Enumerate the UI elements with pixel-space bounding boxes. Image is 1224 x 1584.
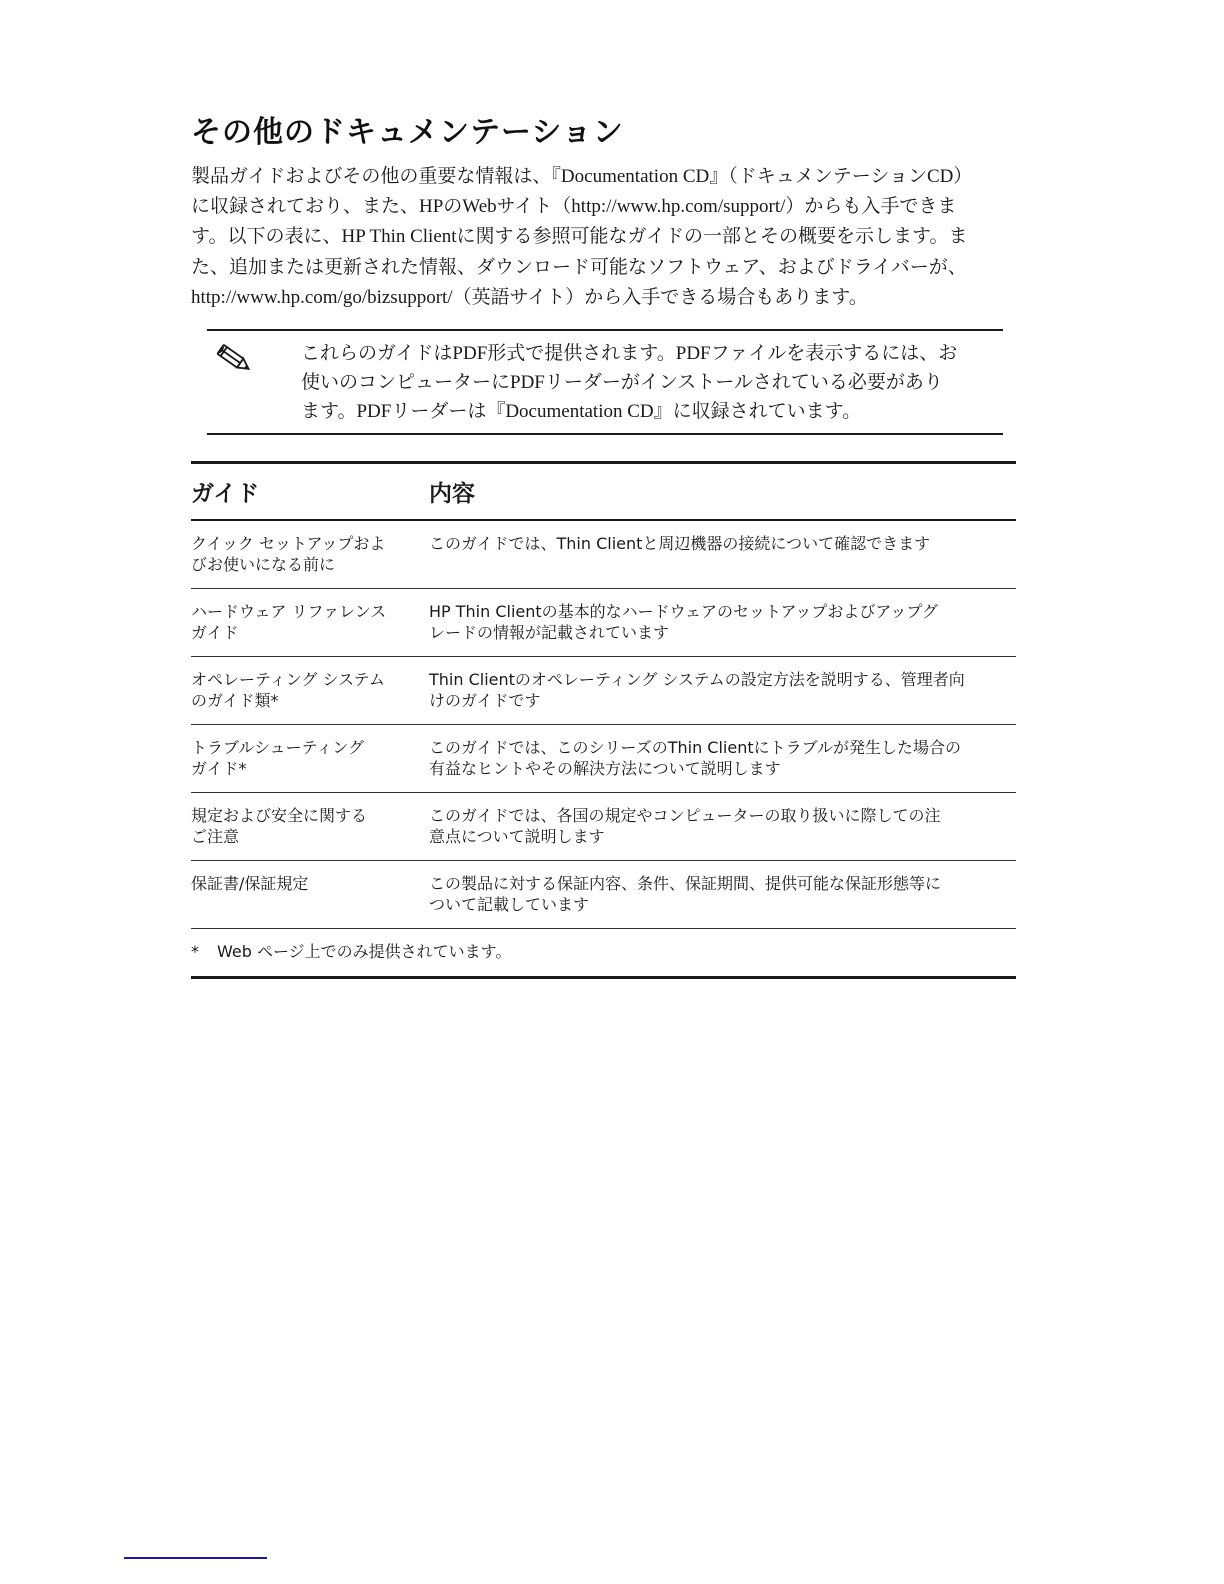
guide-name-cell: 規定および安全に関する ご注意 [191,793,429,861]
guide-name-cell: クイック セットアップおよ びお使いになる前に [191,520,429,589]
guide-name-line: クイック セットアップおよ [191,533,425,554]
guide-content-line: ついて記載しています [429,894,1016,915]
guide-content-line: 意点について説明します [429,826,1016,847]
intro-line: に収録されており、また、HPのWebサイト（http://www.hp.com/… [191,192,1021,222]
guide-content-line: このガイドでは、各国の規定やコンピューターの取り扱いに際しての注 [429,805,1016,826]
guide-content-cell: このガイドでは、このシリーズのThin Clientにトラブルが発生した場合の … [429,725,1016,793]
guide-content-cell: このガイドでは、各国の規定やコンピューターの取り扱いに際しての注 意点について説… [429,793,1016,861]
intro-line: た、追加または更新された情報、ダウンロード可能なソフトウェア、およびドライバーが… [191,253,1021,283]
table-footnote: *Web ページ上でのみ提供されています。 [191,929,1016,978]
document-page: その他のドキュメンテーション 製品ガイドおよびその他の重要な情報は、『Docum… [191,110,1016,979]
note-box: これらのガイドはPDF形式で提供されます。PDFファイルを表示するには、お 使い… [207,329,1003,435]
guide-name-cell: トラブルシューティング ガイド* [191,725,429,793]
guide-content-line: HP Thin Clientの基本的なハードウェアのセットアップおよびアップグ [429,601,1016,622]
guide-name-line: ご注意 [191,826,425,847]
guide-name-line: トラブルシューティング [191,737,425,758]
note-line: これらのガイドはPDF形式で提供されます。PDFファイルを表示するには、お [301,339,957,368]
guide-name-line: オペレーティング システム [191,669,425,690]
note-line: 使いのコンピューターにPDFリーダーがインストールされている必要があり [301,368,957,397]
table-footnote-row: *Web ページ上でのみ提供されています。 [191,929,1016,978]
table-row: 規定および安全に関する ご注意 このガイドでは、各国の規定やコンピューターの取り… [191,793,1016,861]
intro-line: す。以下の表に、HP Thin Clientに関する参照可能なガイドの一部とその… [191,222,1021,252]
table-header-row: ガイド 内容 [191,463,1016,521]
guide-table: ガイド 内容 クイック セットアップおよ びお使いになる前に このガイドでは、T… [191,461,1016,979]
page-title: その他のドキュメンテーション [191,110,1016,156]
guide-content-line: Thin Clientのオペレーティング システムの設定方法を説明する、管理者向 [429,669,1016,690]
guide-content-cell: このガイドでは、Thin Clientと周辺機器の接続について確認できます [429,520,1016,589]
footer-rule [124,1557,267,1559]
guide-name-line: びお使いになる前に [191,554,425,575]
guide-name-cell: ハードウェア リファレンス ガイド [191,589,429,657]
guide-name-cell: オペレーティング システム のガイド類* [191,657,429,725]
table-row: クイック セットアップおよ びお使いになる前に このガイドでは、Thin Cli… [191,520,1016,589]
guide-name-line: のガイド類* [191,690,425,711]
guide-content-cell: HP Thin Clientの基本的なハードウェアのセットアップおよびアップグ … [429,589,1016,657]
guide-name-line: ガイド [191,622,425,643]
guide-name-cell: 保証書/保証規定 [191,861,429,929]
guide-content-cell: この製品に対する保証内容、条件、保証期間、提供可能な保証形態等に ついて記載して… [429,861,1016,929]
guide-content-line: この製品に対する保証内容、条件、保証期間、提供可能な保証形態等に [429,873,1016,894]
intro-paragraph: 製品ガイドおよびその他の重要な情報は、『Documentation CD』（ドキ… [191,162,1021,313]
table-row: 保証書/保証規定 この製品に対する保証内容、条件、保証期間、提供可能な保証形態等… [191,861,1016,929]
guide-name-line: ガイド* [191,758,425,779]
pencil-note-icon [215,343,255,377]
guide-name-line: 規定および安全に関する [191,805,425,826]
column-header-content: 内容 [429,463,1016,521]
intro-line: http://www.hp.com/go/bizsupport/（英語サイト）か… [191,283,1021,313]
footnote-marker: * [191,941,217,962]
table-row: オペレーティング システム のガイド類* Thin Clientのオペレーティン… [191,657,1016,725]
note-text: これらのガイドはPDF形式で提供されます。PDFファイルを表示するには、お 使い… [301,339,957,426]
guide-content-line: このガイドでは、Thin Clientと周辺機器の接続について確認できます [429,533,1016,554]
guide-content-cell: Thin Clientのオペレーティング システムの設定方法を説明する、管理者向… [429,657,1016,725]
footnote-text: Web ページ上でのみ提供されています。 [217,942,511,961]
guide-content-line: けのガイドです [429,690,1016,711]
column-header-guide: ガイド [191,463,429,521]
guide-content-line: このガイドでは、このシリーズのThin Clientにトラブルが発生した場合の [429,737,1016,758]
note-line: ます。PDFリーダーは『Documentation CD』に収録されています。 [301,397,957,426]
guide-content-line: 有益なヒントやその解決方法について説明します [429,758,1016,779]
guide-content-line: レードの情報が記載されています [429,622,1016,643]
intro-line: 製品ガイドおよびその他の重要な情報は、『Documentation CD』（ドキ… [191,162,1021,192]
guide-name-line: 保証書/保証規定 [191,873,425,894]
table-row: トラブルシューティング ガイド* このガイドでは、このシリーズのThin Cli… [191,725,1016,793]
guide-name-line: ハードウェア リファレンス [191,601,425,622]
table-row: ハードウェア リファレンス ガイド HP Thin Clientの基本的なハード… [191,589,1016,657]
